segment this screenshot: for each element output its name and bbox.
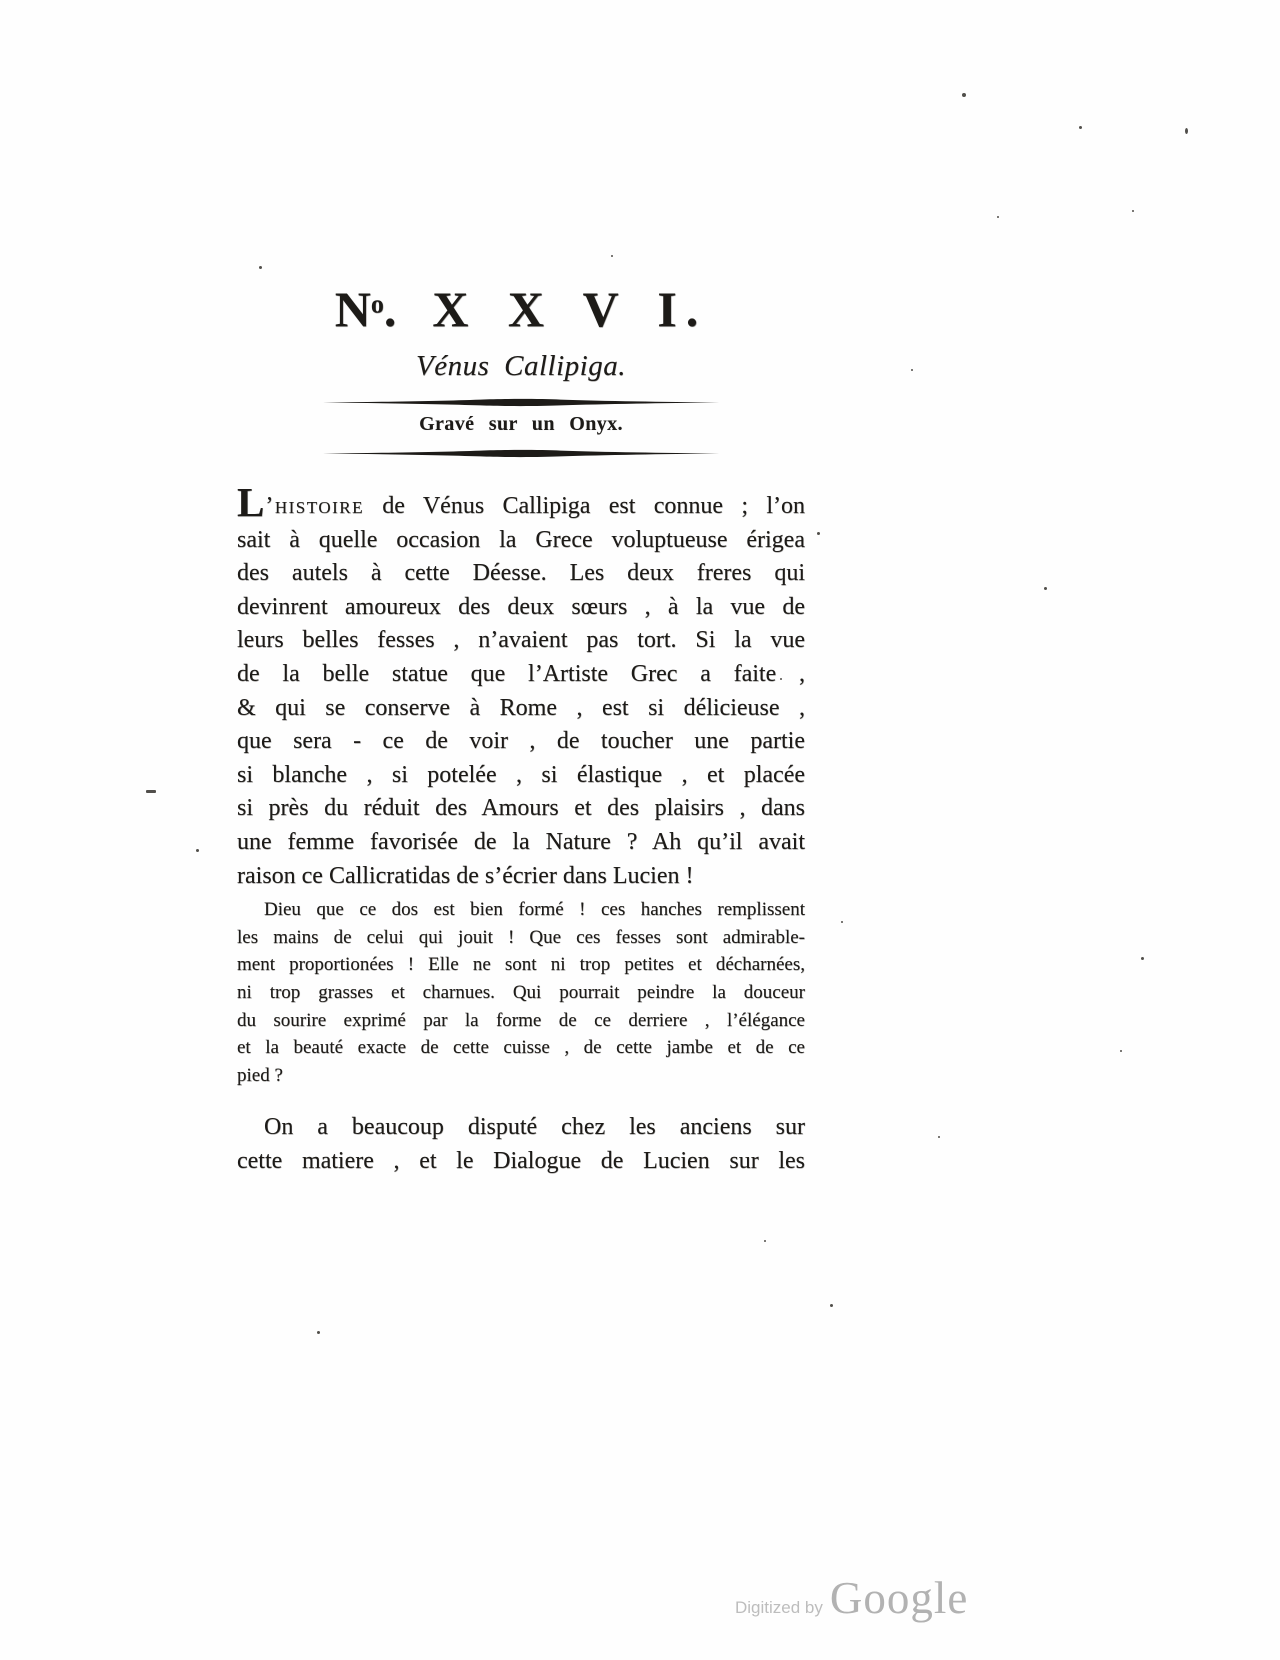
book-page-scan: No.X X V I. Vénus Callipiga. Gravé sur u…: [0, 0, 1280, 1660]
decorative-rule-top: [323, 396, 720, 409]
scan-speck: [938, 1136, 940, 1138]
paragraph-intro: L’histoire de Vénus Callipiga est connue…: [237, 490, 805, 893]
plate-number-dot: .: [384, 281, 397, 337]
scan-speck: [1044, 587, 1047, 590]
text-line: sait à quelle occasion la Grece voluptue…: [237, 524, 805, 558]
tapered-rule-shape: [323, 447, 720, 460]
small-caps-word: ’histoire: [265, 493, 364, 519]
scan-speck: [830, 1304, 833, 1307]
google-watermark: Digitized by Google: [735, 1572, 968, 1624]
text-line: On a beaucoup disputé chez les anciens s…: [237, 1110, 805, 1144]
google-logo: Google: [830, 1572, 968, 1624]
text-line: si près du réduit des Amours et des plai…: [237, 792, 805, 826]
text-line: du sourire exprimé par la forme de ce de…: [237, 1007, 805, 1035]
text-line: & qui se conserve à Rome , est si délici…: [237, 692, 805, 726]
scan-speck: [611, 255, 613, 257]
text-line: cette matiere , et le Dialogue de Lucien…: [237, 1144, 805, 1178]
decorative-rule-bottom: [323, 447, 720, 460]
text-line: devinrent amoureux des deux sœurs , à la…: [237, 591, 805, 625]
scan-speck: [1079, 126, 1082, 129]
plate-number-superscript: o: [371, 289, 384, 318]
text-line: si blanche , si potelée , si élastique ,…: [237, 759, 805, 793]
plate-number-letter: N: [335, 281, 371, 337]
digitized-by-label: Digitized by: [735, 1598, 823, 1618]
scan-speck: [841, 921, 843, 923]
intro-first-line: L’histoire de Vénus Callipiga est connue…: [237, 490, 805, 524]
lead-capital: L: [237, 479, 265, 525]
tapered-rule-shape: [323, 396, 720, 409]
text-line: leurs belles fesses , n’avaient pas tort…: [237, 624, 805, 658]
text-line: pied ?: [237, 1062, 805, 1090]
plate-subtitle: Vénus Callipiga.: [237, 350, 805, 383]
scan-speck: [1141, 957, 1144, 960]
scan-speck: [196, 849, 199, 852]
engraving-caption: Gravé sur un Onyx.: [237, 413, 805, 436]
intro-lines: sait à quelle occasion la Grece voluptue…: [237, 524, 805, 894]
text-line: de la belle statue que l’Artiste Grec a …: [237, 658, 805, 692]
text-line: les mains de celui qui jouit ! Que ces f…: [237, 924, 805, 952]
scan-speck: [997, 216, 999, 218]
plate-number-title: No.X X V I.: [237, 280, 805, 338]
scan-speck: [1120, 1050, 1122, 1052]
intro-first-line-rest: de Vénus Callipiga est connue ; l’on: [364, 493, 805, 519]
paragraph-closing: On a beaucoup disputé chez les anciens s…: [237, 1110, 805, 1178]
plate-number-numeral: X X V I.: [432, 281, 707, 337]
scan-dash-mark: [146, 790, 156, 793]
scan-speck: [911, 369, 913, 371]
text-line: que sera - ce de voir , de toucher une p…: [237, 725, 805, 759]
scan-speck: [1185, 128, 1188, 134]
scan-speck: [817, 532, 820, 535]
scan-speck: [780, 678, 782, 680]
text-line: ni trop grasses et charnues. Qui pourrai…: [237, 979, 805, 1007]
text-line: une femme favorisée de la Nature ? Ah qu…: [237, 826, 805, 860]
main-text-block: L’histoire de Vénus Callipiga est connue…: [237, 490, 805, 1178]
scan-speck: [962, 93, 966, 97]
text-line: et la beauté exacte de cette cuisse , de…: [237, 1034, 805, 1062]
paragraph-quote: Dieu que ce dos est bien formé ! ces han…: [237, 896, 805, 1089]
scan-speck: [259, 266, 262, 269]
scan-speck: [1132, 210, 1134, 212]
scan-speck: [764, 1240, 766, 1242]
scan-speck: [317, 1331, 320, 1334]
text-line: ment proportionées ! Elle ne sont ni tro…: [237, 951, 805, 979]
text-line: des autels à cette Déesse. Les deux frer…: [237, 557, 805, 591]
text-line: Dieu que ce dos est bien formé ! ces han…: [237, 896, 805, 924]
text-line: raison ce Callicratidas de s’écrier dans…: [237, 860, 805, 894]
